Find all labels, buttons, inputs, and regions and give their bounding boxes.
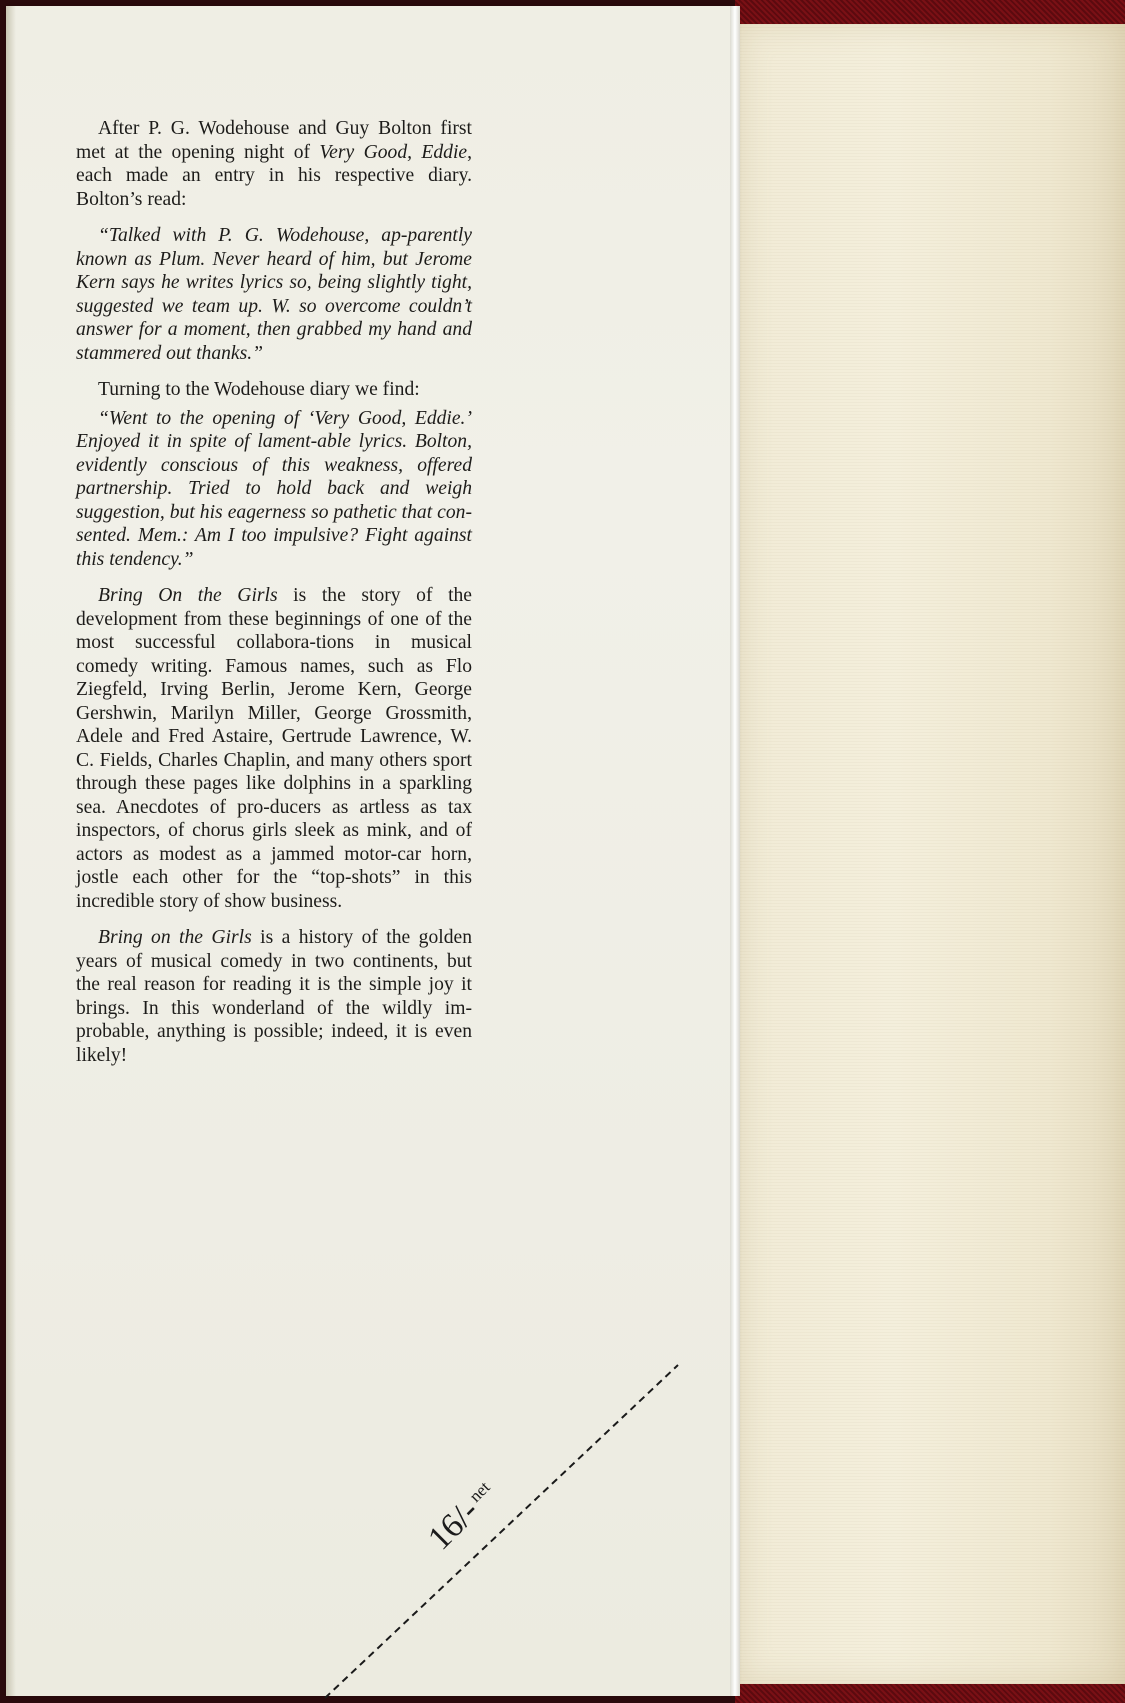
book-title: Bring on the Girls bbox=[98, 927, 252, 948]
paragraph-intro: After P. G. Wodehouse and Guy Bolton fir… bbox=[76, 117, 472, 211]
paragraph-history: Bring on the Girls is a history of the g… bbox=[76, 926, 472, 1067]
flap-fold-edge bbox=[730, 6, 740, 1696]
paragraph-turning: Turning to the Wodehouse diary we find: bbox=[76, 378, 472, 402]
text-segment: is the story of the development from the… bbox=[76, 585, 472, 912]
book-scan: After P. G. Wodehouse and Guy Bolton fir… bbox=[0, 0, 1125, 1703]
book-title: Bring On the Girls bbox=[98, 585, 278, 606]
paragraph-story: Bring On the Girls is the story of the d… bbox=[76, 584, 472, 913]
endpaper bbox=[740, 24, 1125, 1684]
price-clip-line bbox=[320, 1360, 690, 1703]
text-segment: Turning to the Wodehouse diary we find: bbox=[98, 379, 420, 400]
wodehouse-diary-quote: “Went to the opening of ‘Very Good, Eddi… bbox=[76, 407, 472, 572]
bolton-diary-quote: “Talked with P. G. Wodehouse, ap-parentl… bbox=[76, 224, 472, 365]
flap-blurb: After P. G. Wodehouse and Guy Bolton fir… bbox=[76, 117, 472, 1080]
show-title: Very Good, Eddie bbox=[319, 142, 467, 163]
